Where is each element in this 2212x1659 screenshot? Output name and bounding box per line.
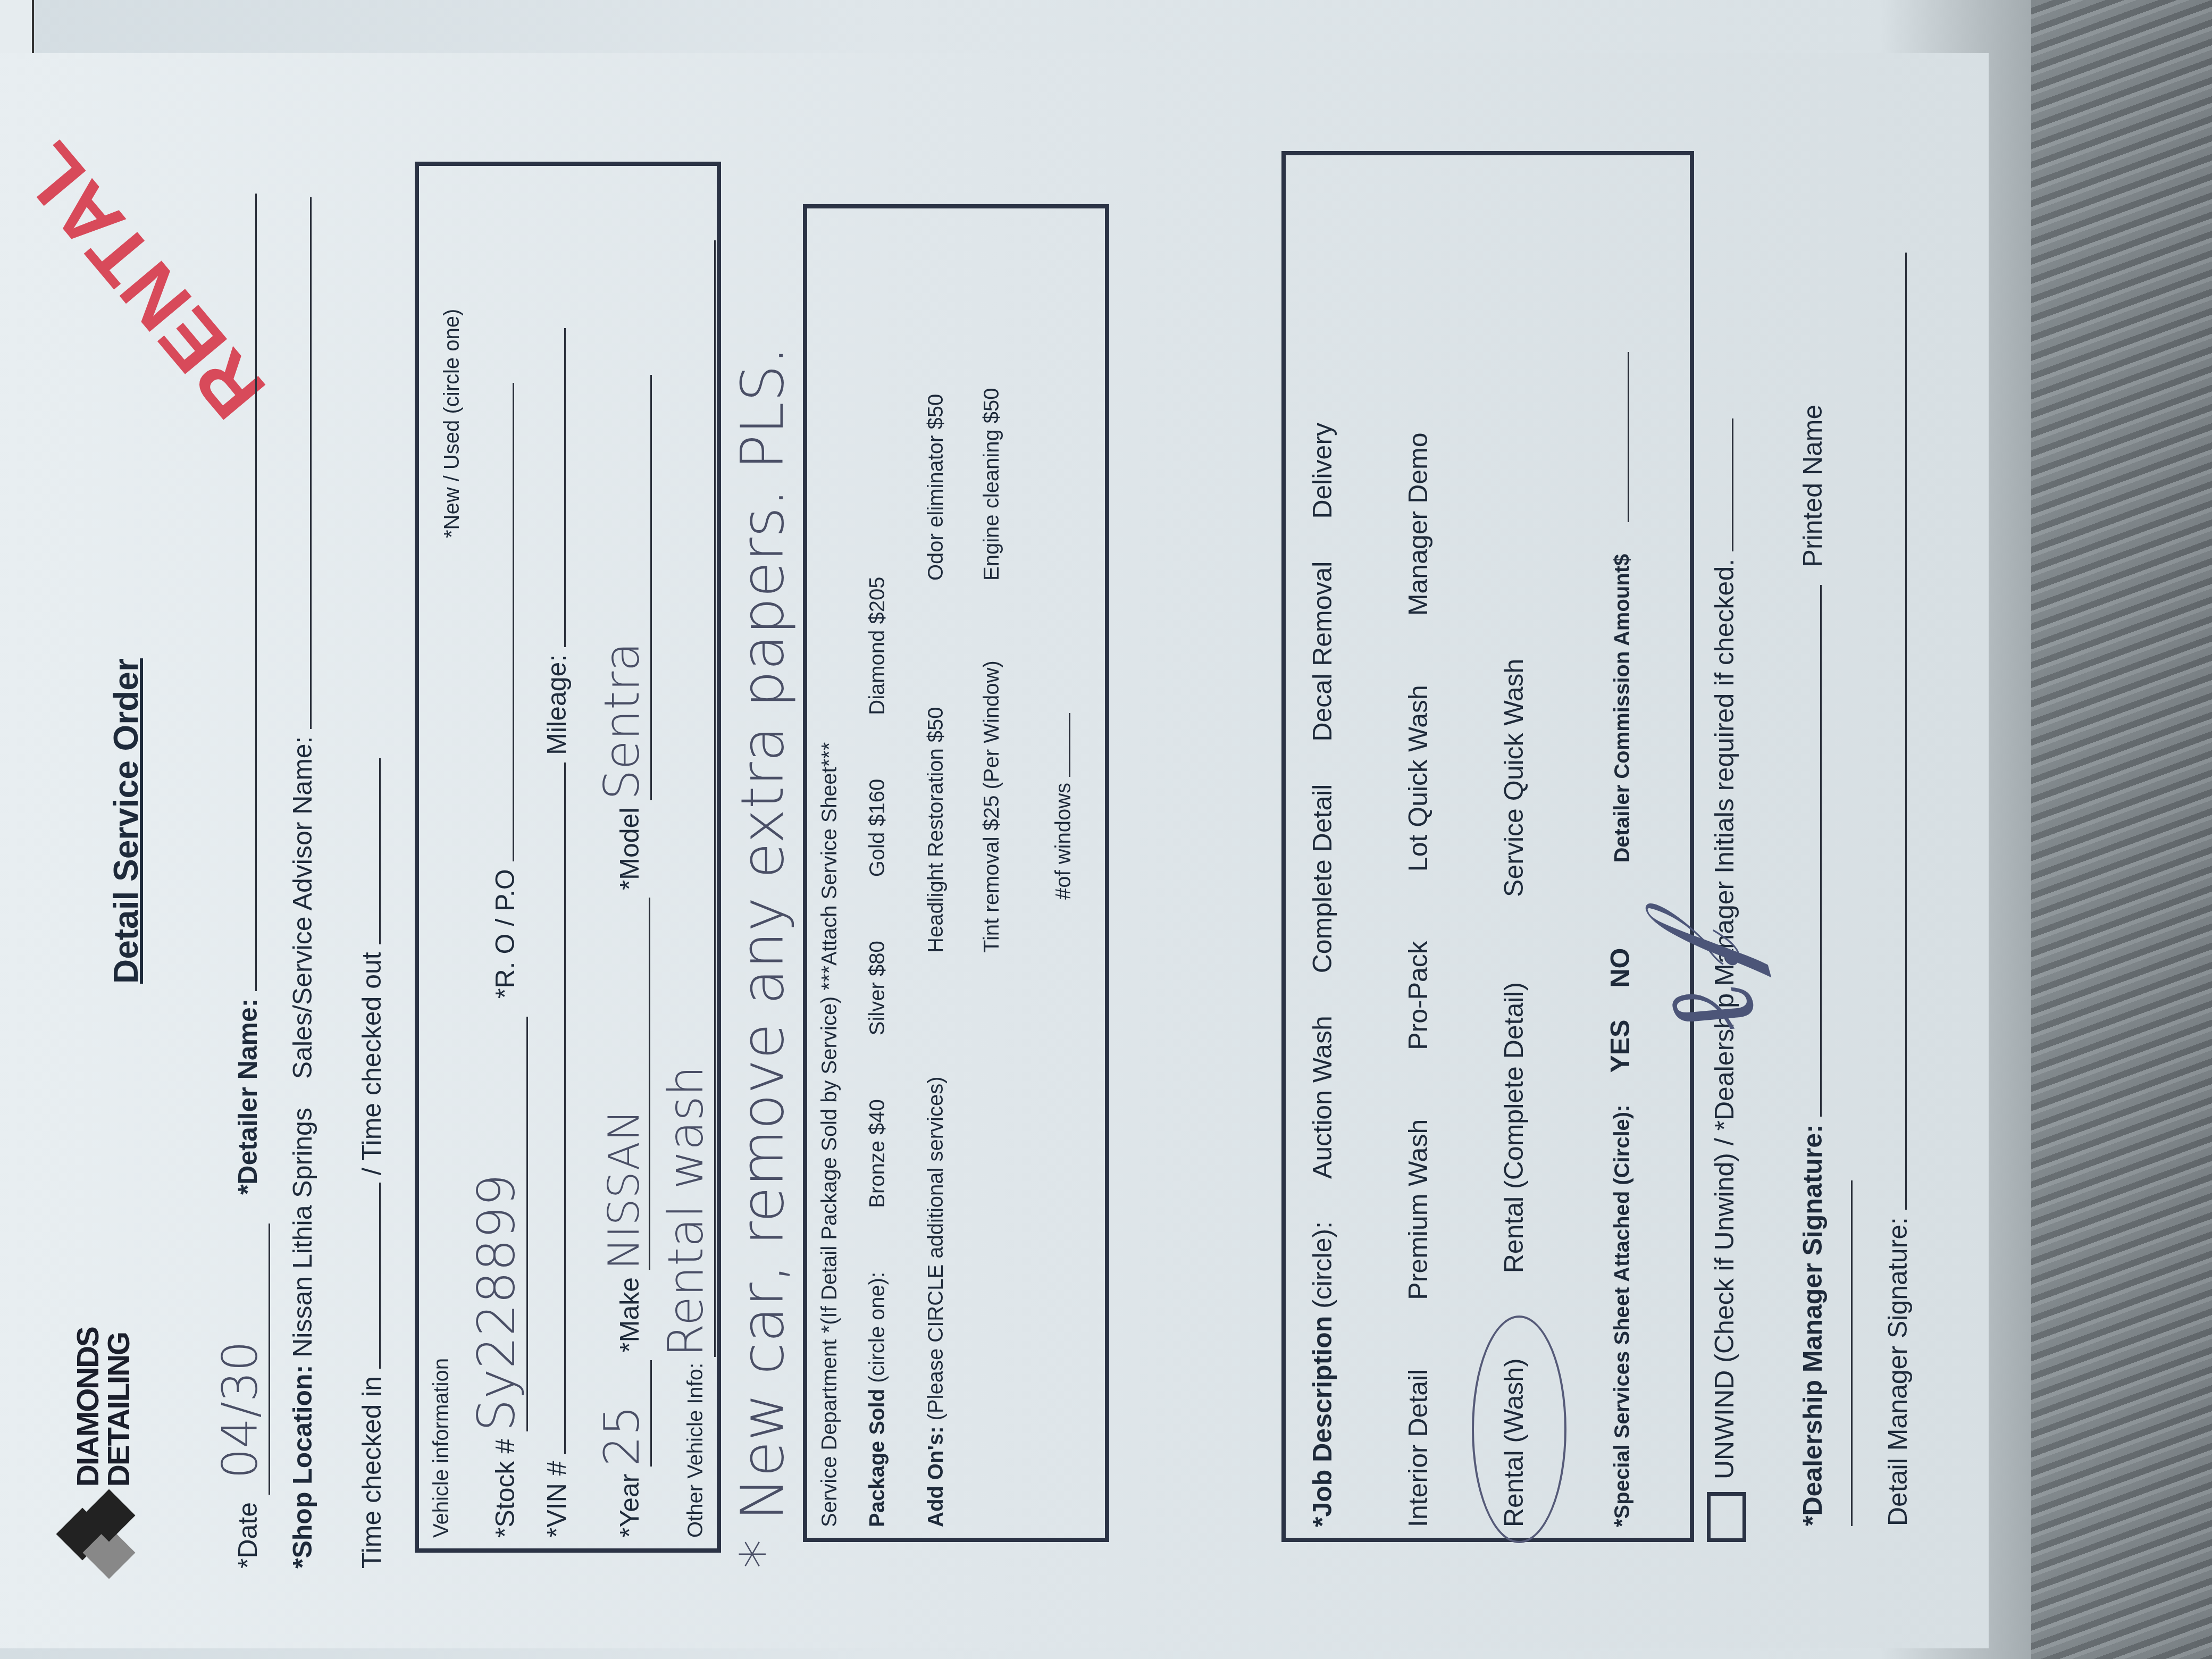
time-out-field[interactable] <box>379 758 381 944</box>
job-label: *Job Description <box>1308 1316 1337 1527</box>
special-services-label: *Special Services Sheet Attached (Circle… <box>1611 1105 1635 1527</box>
manager-initials-field[interactable] <box>1732 418 1733 551</box>
vin-field[interactable] <box>564 763 566 1454</box>
windows-label: #of windows <box>1052 783 1075 900</box>
date-label: *Date <box>233 1502 263 1569</box>
ro-label: *R. O / P.O <box>490 869 520 999</box>
time-out-label: / Time checked out <box>357 952 387 1175</box>
package-diamond[interactable]: Diamond $205 <box>866 577 890 715</box>
package-gold[interactable]: Gold $160 <box>866 779 890 877</box>
time-in-label: Time checked in <box>357 1376 387 1569</box>
addon-tint[interactable]: Tint removal $25 (Per Window) <box>980 581 1004 953</box>
job-delivery[interactable]: Delivery <box>1307 423 1338 519</box>
job-interior-detail[interactable]: Interior Detail <box>1403 1369 1434 1527</box>
new-used-hint: (circle one) <box>440 309 464 414</box>
package-hint: (circle one): <box>866 1272 889 1383</box>
time-in-field[interactable] <box>379 1183 381 1369</box>
make-label: *Make <box>615 1277 644 1353</box>
mileage-label: Mileage: <box>542 655 572 755</box>
package-label: Package Sold <box>866 1389 889 1527</box>
package-silver[interactable]: Silver $80 <box>866 941 890 1035</box>
advisor-field[interactable] <box>310 197 312 729</box>
page-title: Detail Service Order <box>106 658 146 984</box>
job-auction-wash[interactable]: Auction Wash <box>1307 1016 1338 1179</box>
addon-headlight[interactable]: Headlight Restoration $50 <box>924 581 948 953</box>
stock-label: *Stock # <box>490 1439 520 1538</box>
three-diamonds-logo-icon <box>64 1494 144 1574</box>
background-fabric <box>2031 0 2212 1659</box>
job-complete-detail[interactable]: Complete Detail <box>1307 784 1338 974</box>
commission-label: Detailer Commission Amount$ <box>1611 554 1635 863</box>
job-rental-wash[interactable]: Rental (Wash) <box>1498 1358 1529 1527</box>
detailer-label: *Detailer Name: <box>233 999 263 1195</box>
windows-field[interactable] <box>1069 713 1070 777</box>
addons-label: Add On's: <box>924 1427 948 1528</box>
date-field[interactable]: 04/30 <box>213 1224 270 1495</box>
mileage-field[interactable] <box>564 328 566 647</box>
handwritten-note: * New car, remove any extra papers. PLS. <box>728 346 797 1569</box>
addon-odor[interactable]: Odor eliminator $50 <box>924 262 948 581</box>
year-field[interactable]: 25 <box>594 1360 652 1467</box>
job-lot-quick-wash[interactable]: Lot Quick Wash <box>1403 685 1434 872</box>
commission-field[interactable] <box>1628 352 1629 522</box>
job-pro-pack[interactable]: Pro-Pack <box>1403 941 1434 1050</box>
job-hint: (circle): <box>1308 1221 1337 1309</box>
package-bronze[interactable]: Bronze $40 <box>866 1099 890 1208</box>
model-label: *Model <box>615 808 644 891</box>
model-field[interactable]: Sentra <box>594 375 652 800</box>
ro-field[interactable] <box>513 383 514 861</box>
job-service-quick-wash[interactable]: Service Quick Wash <box>1498 659 1529 897</box>
printed-name-field[interactable] <box>1851 1180 1853 1526</box>
brand-line1: DIAMONDS <box>73 1327 104 1487</box>
other-info-field[interactable]: Rental wash <box>658 240 716 1357</box>
vehicle-section-label: Vehicle information <box>430 1358 454 1538</box>
job-premium-wash[interactable]: Premium Wash <box>1403 1119 1434 1300</box>
job-decal-removal[interactable]: Decal Removal <box>1307 562 1338 742</box>
dealership-signature-label: *Dealership Manager Signature: <box>1798 1124 1828 1526</box>
brand-line2: DETAILING <box>104 1327 135 1487</box>
unwind-checkbox[interactable] <box>1707 1492 1746 1542</box>
new-used-label[interactable]: *New / Used <box>440 420 464 538</box>
detail-signature-label: Detail Manager Signature: <box>1883 1217 1913 1526</box>
advisor-label: Sales/Service Advisor Name: <box>288 736 317 1079</box>
brand-logo: DIAMONDS DETAILING <box>64 1327 144 1574</box>
service-department-box: Service Department *(If Detail Package S… <box>803 204 1109 1542</box>
special-yes[interactable]: YES <box>1605 1020 1636 1073</box>
vehicle-info-box: Vehicle information *New / Used (circle … <box>415 162 721 1553</box>
addon-engine[interactable]: Engine cleaning $50 <box>980 262 1004 581</box>
detailer-field[interactable] <box>255 194 257 991</box>
detail-signature-field[interactable] <box>1905 253 1907 1210</box>
vin-label: *VIN # <box>542 1461 572 1538</box>
job-rental-complete-detail[interactable]: Rental (Complete Detail) <box>1498 982 1529 1273</box>
shop-location-label: *Shop Location: <box>288 1365 317 1569</box>
dealership-signature-field[interactable] <box>1820 585 1822 1117</box>
selection-circle <box>1472 1316 1566 1543</box>
other-info-label: Other Vehicle Info: <box>684 1363 707 1538</box>
printed-name-label: Printed Name <box>1798 405 1828 567</box>
stock-field[interactable]: Sy228899 <box>467 1017 528 1431</box>
service-dept-heading: Service Department *(If Detail Package S… <box>818 742 842 1527</box>
shop-location-value: Nissan Lithia Springs <box>288 1108 317 1358</box>
job-description-box: *Job Description (circle): Auction Wash … <box>1281 151 1694 1542</box>
addons-hint: (Please CIRCLE additional services) <box>924 1076 948 1420</box>
detail-service-order-form: DIAMONDS DETAILING Detail Service Order … <box>0 53 1989 1648</box>
job-manager-demo[interactable]: Manager Demo <box>1403 432 1434 616</box>
make-field[interactable]: NISSAN <box>599 898 650 1270</box>
year-label: *Year <box>615 1474 644 1538</box>
